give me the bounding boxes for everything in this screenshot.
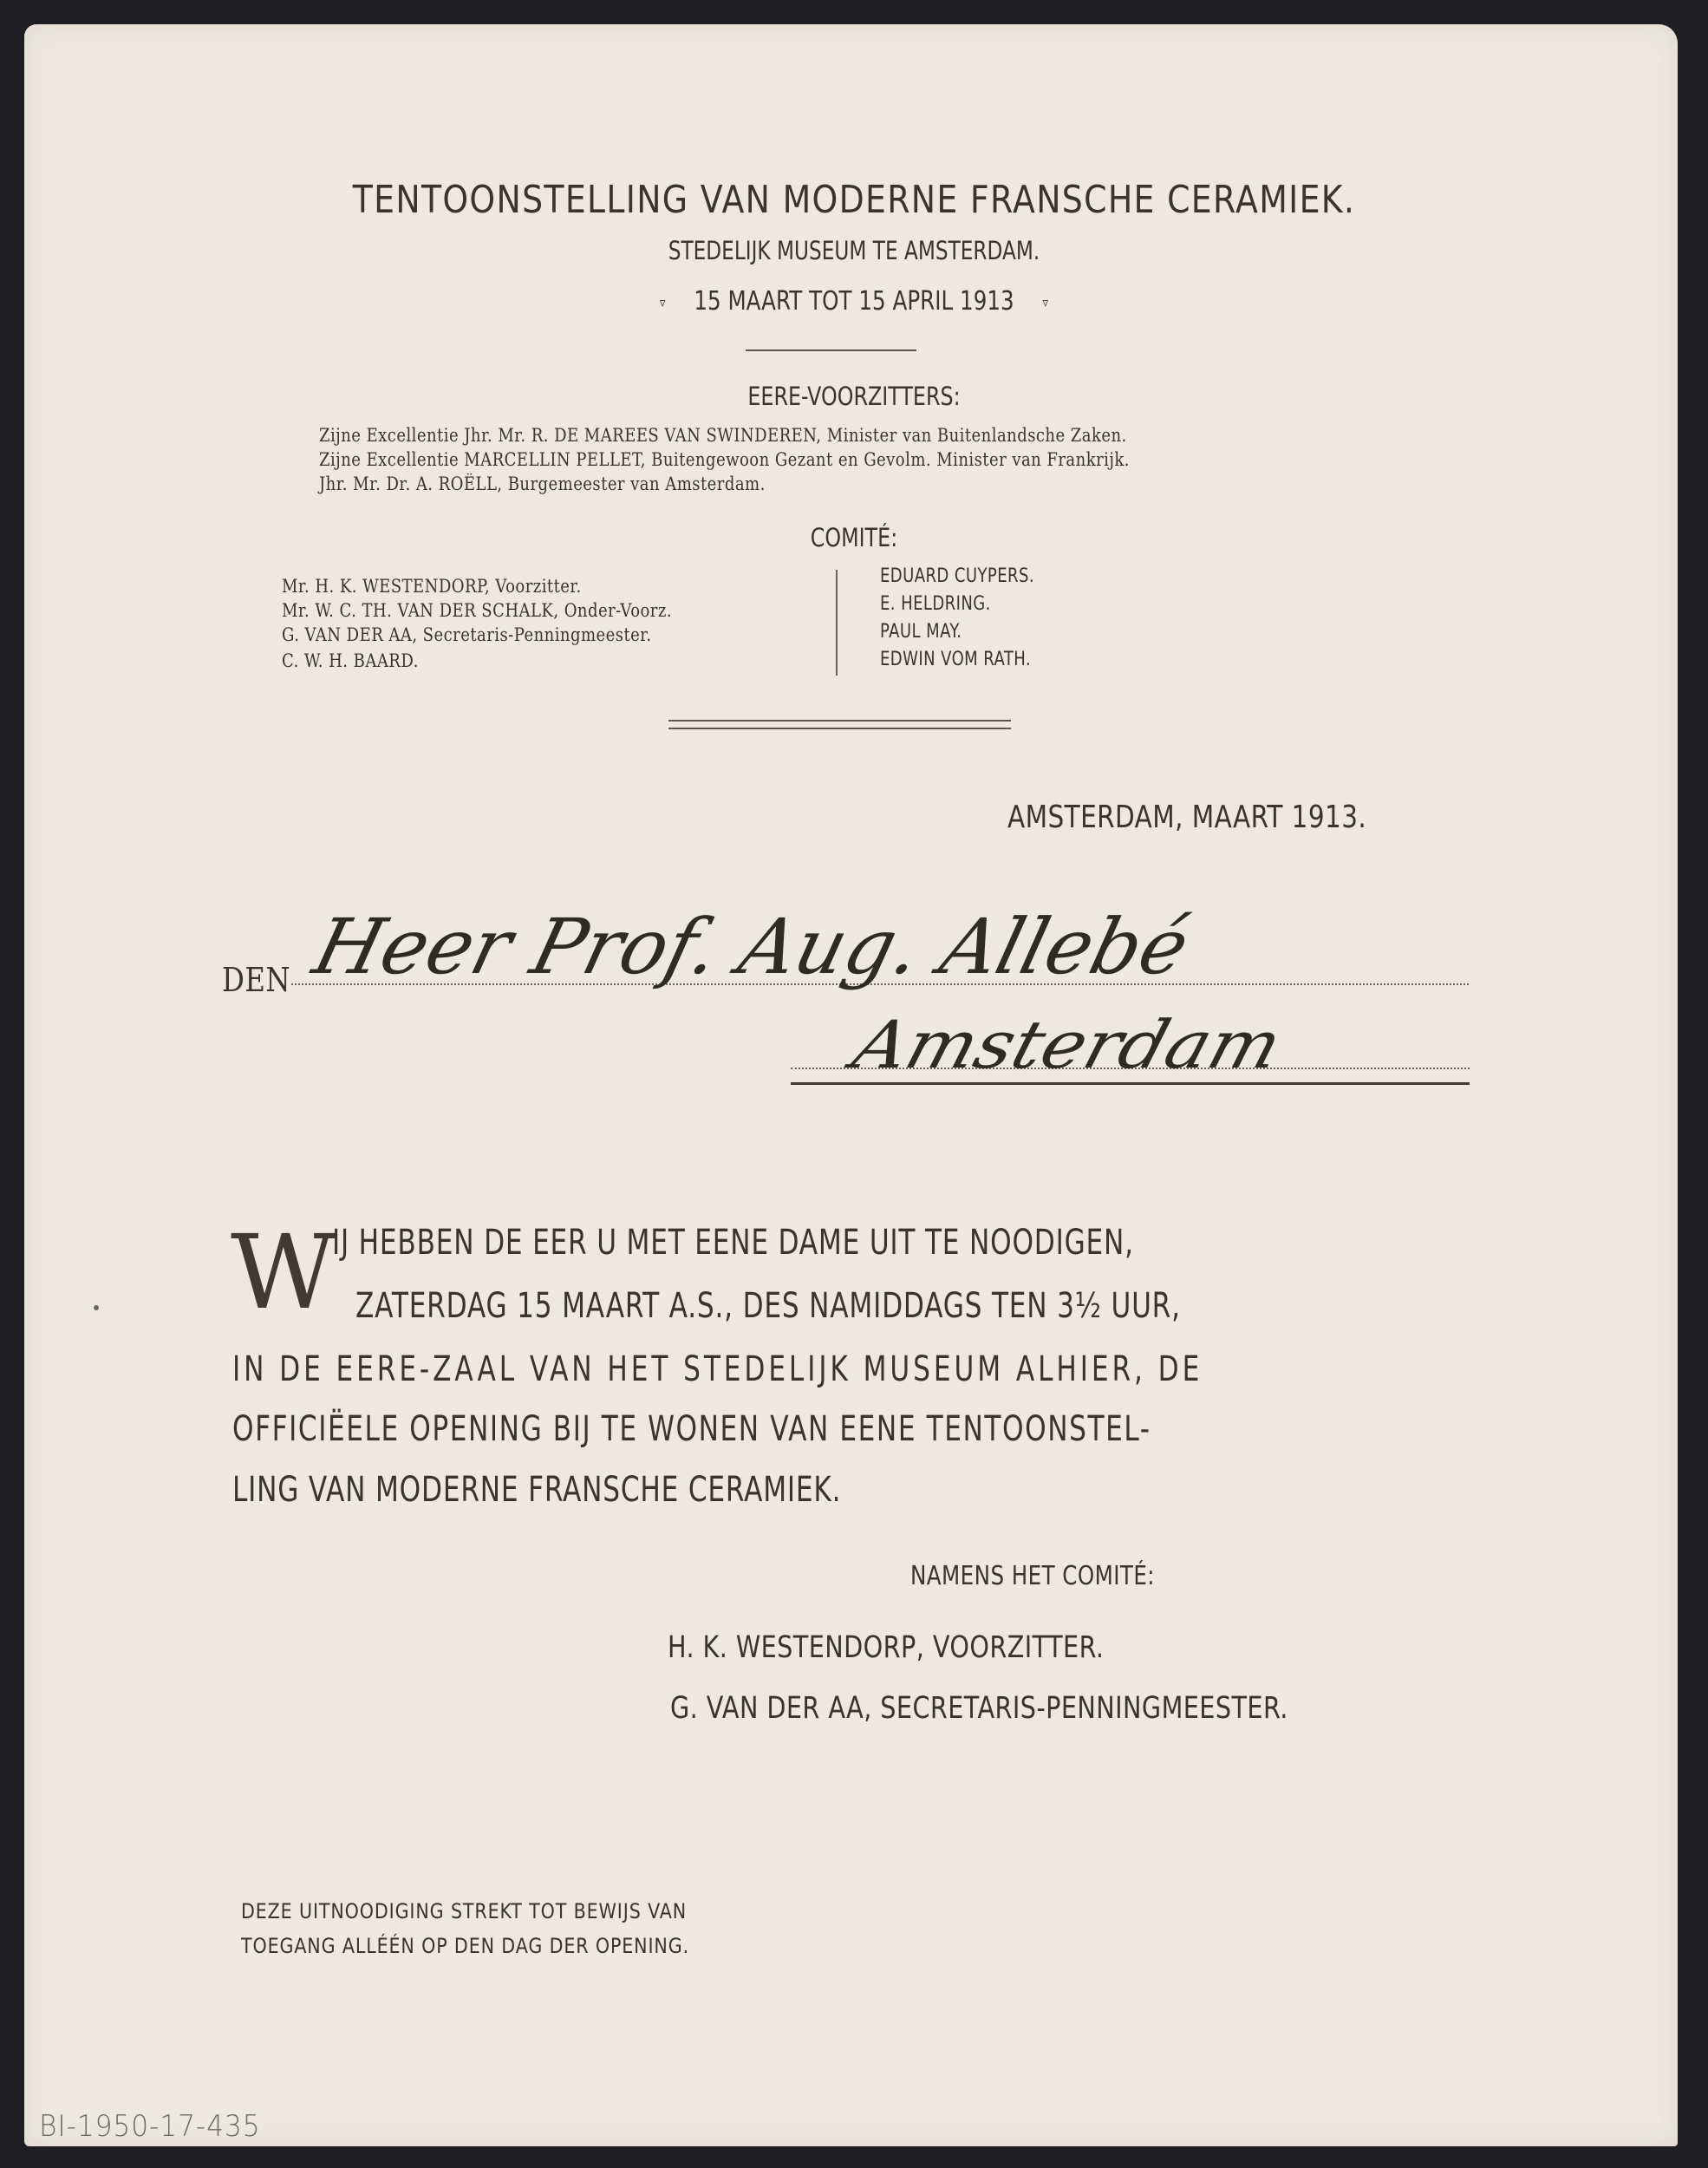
committee-member: EDWIN VOM RATH. — [880, 649, 1031, 670]
dates-text: 15 MAART TOT 15 APRIL 1913 — [694, 286, 1014, 317]
body-line: ZATERDAG 15 MAART A.S., DES NAMIDDAGS TE… — [355, 1286, 1181, 1326]
header-divider — [746, 349, 916, 351]
on-behalf-label: NAMENS HET COMITÉ: — [910, 1561, 1155, 1591]
addressee-handwriting: Heer Prof. Aug. Allebé — [305, 902, 1197, 991]
honorary-chair-line: Jhr. Mr. Dr. A. ROËLL, Burgemeester van … — [319, 473, 766, 494]
honorary-chairs-heading: EERE-VOORZITTERS: — [153, 382, 1554, 411]
addressee-label: DEN — [222, 961, 290, 999]
committee-member: Mr. H. K. WESTENDORP, Voorzitter. — [282, 576, 582, 597]
exhibition-title: TENTOONSTELLING VAN MODERNE FRANSCHE CER… — [120, 178, 1588, 222]
dropcap-letter: W — [231, 1221, 336, 1323]
triangle-ornament-icon: ▿ — [1042, 294, 1048, 310]
city-handwriting: Amsterdam — [844, 1006, 1290, 1083]
signatory-chair: H. K. WESTENDORP, VOORZITTER. — [668, 1630, 1104, 1665]
committee-member: E. HELDRING. — [880, 593, 991, 615]
body-line: IN DE EERE-ZAAL VAN HET STEDELIJK MUSEUM… — [232, 1349, 1203, 1389]
committee-member: G. VAN DER AA, Secretaris-Penningmeester… — [282, 624, 652, 645]
triangle-ornament-icon: ▿ — [660, 294, 666, 310]
place-date: AMSTERDAM, MAART 1913. — [1007, 800, 1366, 835]
committee-member: EDUARD CUYPERS. — [880, 565, 1034, 587]
body-line: LING VAN MODERNE FRANSCHE CERAMIEK. — [232, 1470, 841, 1510]
committee-member: PAUL MAY. — [880, 621, 962, 643]
admission-notice-line: TOEGANG ALLÉÉN OP DEN DAG DER OPENING. — [241, 1934, 689, 1958]
honorary-chair-line: Zijne Excellentie Jhr. Mr. R. DE MAREES … — [319, 425, 1127, 446]
exhibition-dates: ▿15 MAART TOT 15 APRIL 1913▿ — [153, 286, 1554, 317]
committee-member: Mr. W. C. TH. VAN DER SCHALK, Onder-Voor… — [282, 600, 672, 621]
honorary-chair-line: Zijne Excellentie MARCELLIN PELLET, Buit… — [319, 449, 1130, 470]
signatory-secretary: G. VAN DER AA, SECRETARIS-PENNINGMEESTER… — [670, 1691, 1288, 1726]
archive-number: BI-1950-17-435 — [39, 2109, 261, 2144]
double-rule-bottom — [668, 728, 1011, 729]
committee-heading: COMITÉ: — [153, 523, 1554, 552]
paper-sheet — [24, 24, 1678, 2146]
body-line: OFFICIËELE OPENING BIJ TE WONEN VAN EENE… — [232, 1409, 1151, 1449]
double-rule-top — [668, 720, 1011, 722]
committee-member: C. W. H. BAARD. — [282, 650, 419, 671]
committee-column-divider — [836, 570, 838, 676]
body-line: IJ HEBBEN DE EER U MET EENE DAME UIT TE … — [332, 1223, 1134, 1263]
paper-speck — [94, 1305, 99, 1310]
venue: STEDELIJK MUSEUM TE AMSTERDAM. — [171, 236, 1537, 265]
admission-notice-line: DEZE UITNOODIGING STREKT TOT BEWIJS VAN — [241, 1899, 687, 1923]
